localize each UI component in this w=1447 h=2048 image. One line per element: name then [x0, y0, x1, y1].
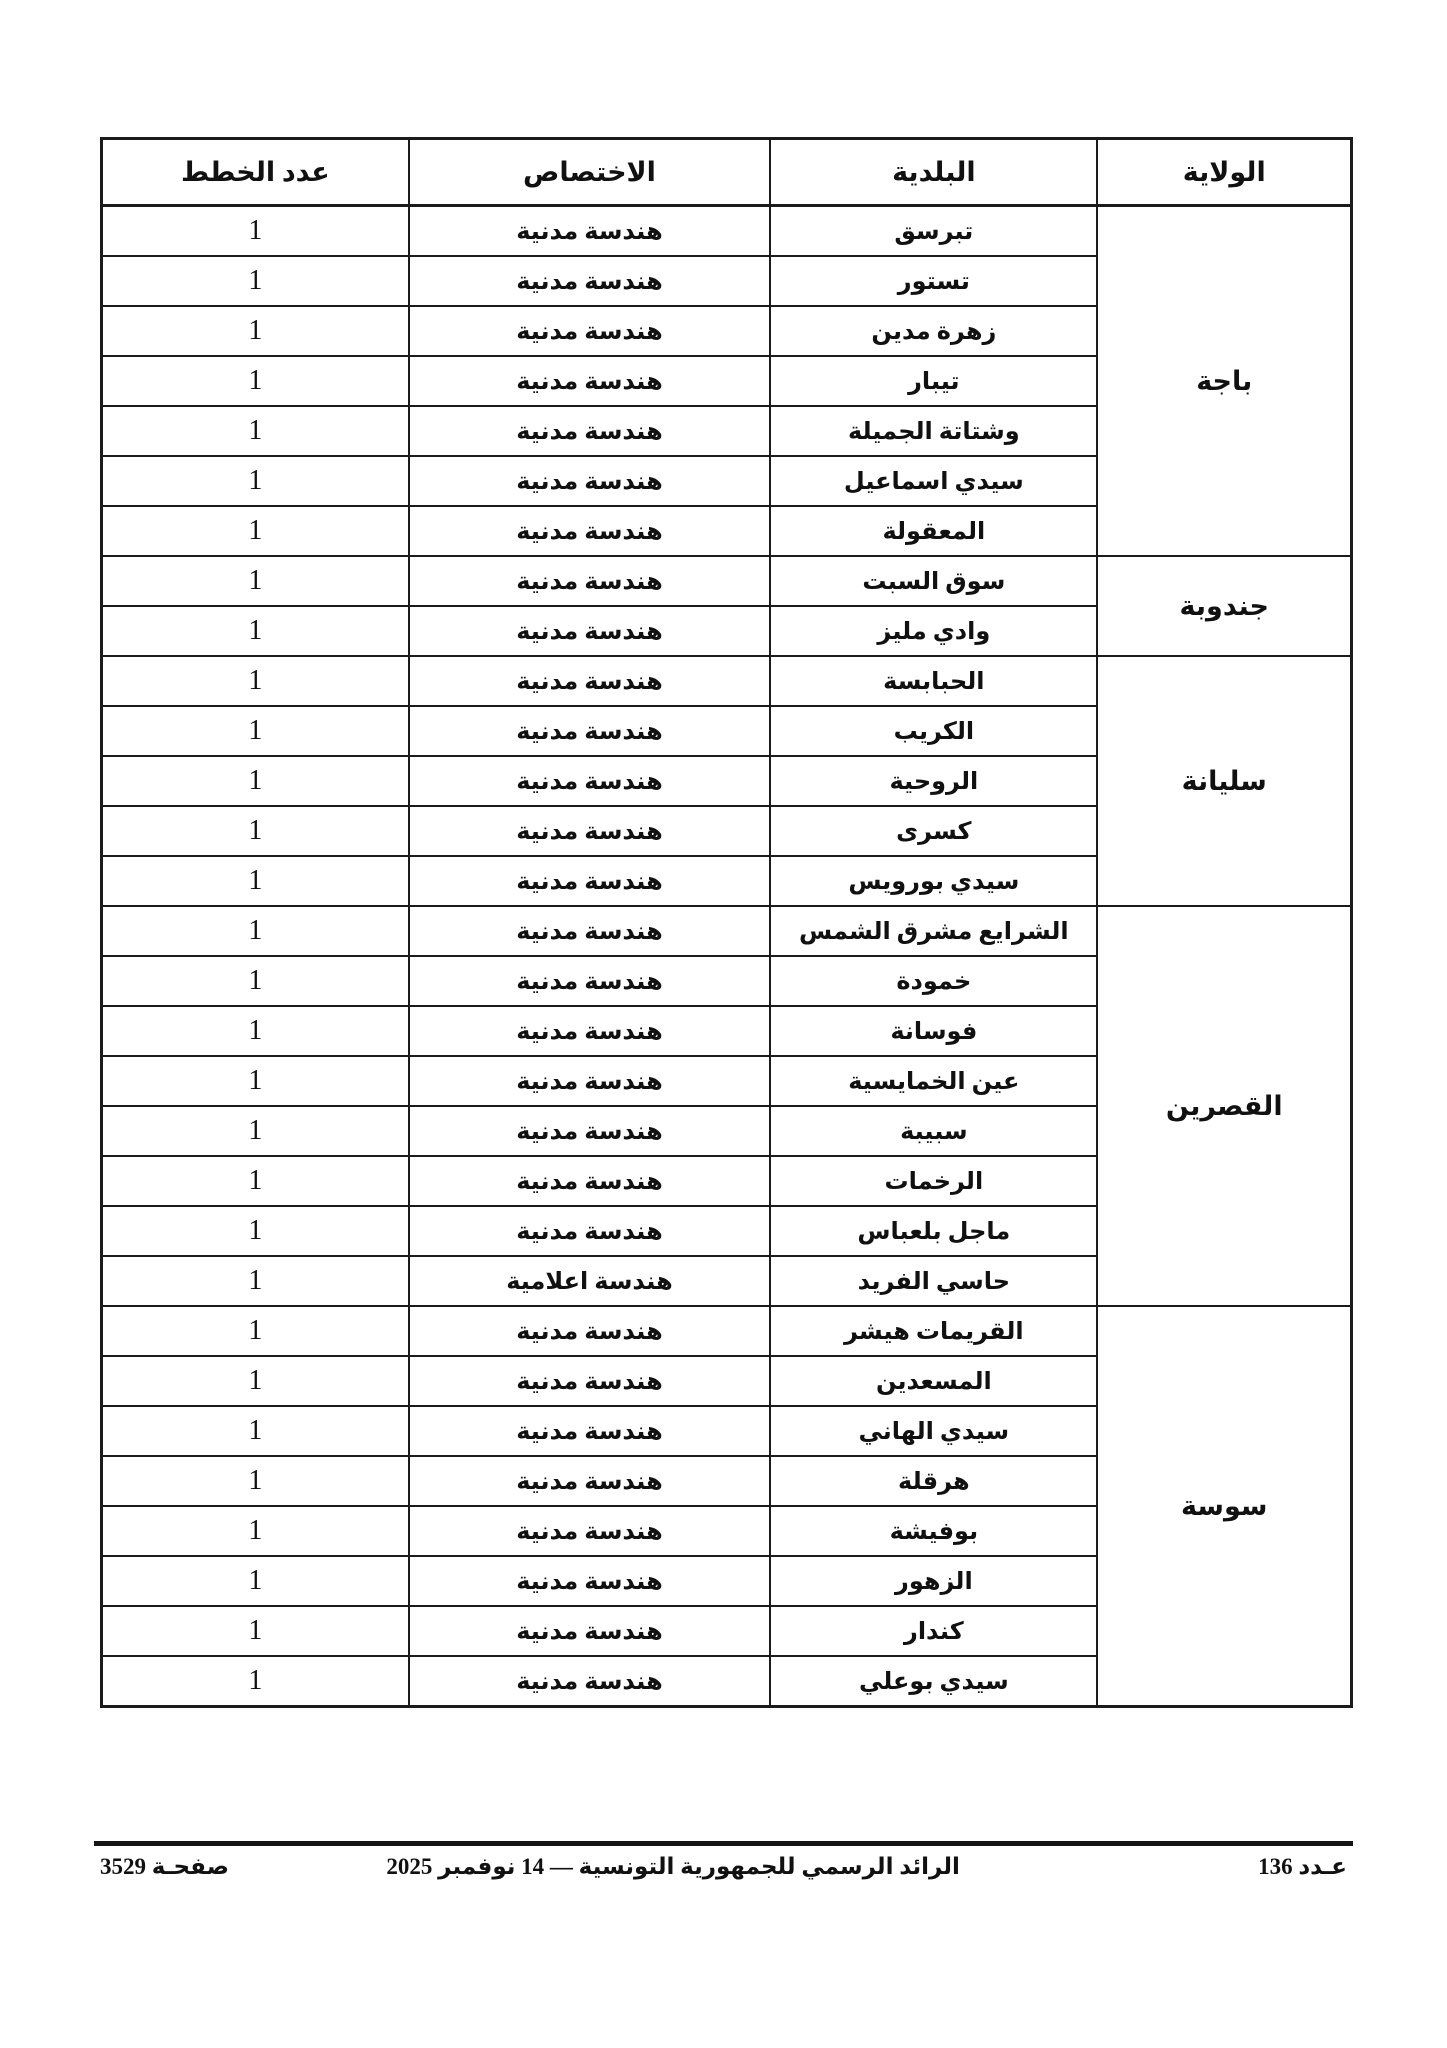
- municipality-cell: تبرسق: [770, 206, 1097, 257]
- positions-cell: 1: [102, 856, 409, 906]
- positions-cell: 1: [102, 1056, 409, 1106]
- positions-cell: 1: [102, 1656, 409, 1707]
- positions-cell: 1: [102, 806, 409, 856]
- table-row: سليانةالحبابسةهندسة مدنية1: [102, 656, 1352, 706]
- gazette-page: الولاية البلدية الاختصاص عدد الخطط باجةت…: [0, 0, 1447, 2048]
- positions-cell: 1: [102, 1206, 409, 1256]
- municipality-cell: كسرى: [770, 806, 1097, 856]
- municipality-cell: الروحية: [770, 756, 1097, 806]
- specialization-cell: هندسة مدنية: [409, 706, 770, 756]
- footer-rule: [94, 1841, 1353, 1846]
- page-footer: عـدد 136 الرائد الرسمي للجمهورية التونسي…: [94, 1850, 1353, 1892]
- municipality-cell: الرخمات: [770, 1156, 1097, 1206]
- municipality-cell: سيدي بورويس: [770, 856, 1097, 906]
- positions-cell: 1: [102, 456, 409, 506]
- positions-cell: 1: [102, 1456, 409, 1506]
- municipality-cell: سيدي اسماعيل: [770, 456, 1097, 506]
- specialization-cell: هندسة مدنية: [409, 806, 770, 856]
- positions-cell: 1: [102, 1606, 409, 1656]
- specialization-cell: هندسة مدنية: [409, 906, 770, 956]
- positions-cell: 1: [102, 906, 409, 956]
- positions-cell: 1: [102, 1506, 409, 1556]
- municipality-cell: سوق السبت: [770, 556, 1097, 606]
- positions-cell: 1: [102, 756, 409, 806]
- header-specialization: الاختصاص: [409, 139, 770, 206]
- positions-cell: 1: [102, 956, 409, 1006]
- positions-cell: 1: [102, 1306, 409, 1356]
- municipality-cell: المسعدين: [770, 1356, 1097, 1406]
- positions-cell: 1: [102, 656, 409, 706]
- positions-cell: 1: [102, 606, 409, 656]
- specialization-cell: هندسة مدنية: [409, 1456, 770, 1506]
- municipality-cell: خمودة: [770, 956, 1097, 1006]
- municipality-cell: سبيبة: [770, 1106, 1097, 1156]
- municipality-cell: هرقلة: [770, 1456, 1097, 1506]
- specialization-cell: هندسة مدنية: [409, 1406, 770, 1456]
- footer-issue-number: عـدد 136: [1258, 1854, 1347, 1880]
- municipality-cell: حاسي الفريد: [770, 1256, 1097, 1306]
- header-governorate: الولاية: [1097, 139, 1351, 206]
- specialization-cell: هندسة مدنية: [409, 1056, 770, 1106]
- governorate-cell: سليانة: [1097, 656, 1351, 906]
- municipality-cell: وادي مليز: [770, 606, 1097, 656]
- specialization-cell: هندسة مدنية: [409, 856, 770, 906]
- positions-cell: 1: [102, 706, 409, 756]
- positions-cell: 1: [102, 1356, 409, 1406]
- municipality-cell: سيدي الهاني: [770, 1406, 1097, 1456]
- municipality-cell: فوسانة: [770, 1006, 1097, 1056]
- municipality-cell: ماجل بلعباس: [770, 1206, 1097, 1256]
- positions-cell: 1: [102, 556, 409, 606]
- municipality-cell: بوفيشة: [770, 1506, 1097, 1556]
- specialization-cell: هندسة مدنية: [409, 456, 770, 506]
- specialization-cell: هندسة مدنية: [409, 1556, 770, 1606]
- municipality-cell: الكريب: [770, 706, 1097, 756]
- positions-cell: 1: [102, 506, 409, 556]
- positions-cell: 1: [102, 256, 409, 306]
- header-positions: عدد الخطط: [102, 139, 409, 206]
- specialization-cell: هندسة مدنية: [409, 1506, 770, 1556]
- positions-cell: 1: [102, 356, 409, 406]
- governorate-cell: باجة: [1097, 206, 1351, 557]
- specialization-cell: هندسة مدنية: [409, 256, 770, 306]
- footer-page-number: صفحـة 3529: [100, 1854, 229, 1880]
- municipality-cell: تيبار: [770, 356, 1097, 406]
- specialization-cell: هندسة مدنية: [409, 406, 770, 456]
- municipality-cell: كندار: [770, 1606, 1097, 1656]
- table-header-row: الولاية البلدية الاختصاص عدد الخطط: [102, 139, 1352, 206]
- positions-cell: 1: [102, 206, 409, 257]
- municipality-cell: وشتاتة الجميلة: [770, 406, 1097, 456]
- specialization-cell: هندسة مدنية: [409, 756, 770, 806]
- table-row: القصرينالشرايع مشرق الشمسهندسة مدنية1: [102, 906, 1352, 956]
- governorate-cell: جندوبة: [1097, 556, 1351, 656]
- positions-cell: 1: [102, 1156, 409, 1206]
- governorate-cell: سوسة: [1097, 1306, 1351, 1707]
- municipality-cell: تستور: [770, 256, 1097, 306]
- positions-cell: 1: [102, 1106, 409, 1156]
- table-row: باجةتبرسقهندسة مدنية1: [102, 206, 1352, 257]
- municipality-cell: سيدي بوعلي: [770, 1656, 1097, 1707]
- municipality-cell: الحبابسة: [770, 656, 1097, 706]
- specialization-cell: هندسة مدنية: [409, 1606, 770, 1656]
- positions-cell: 1: [102, 1256, 409, 1306]
- specialization-cell: هندسة مدنية: [409, 306, 770, 356]
- specialization-cell: هندسة مدنية: [409, 1106, 770, 1156]
- positions-cell: 1: [102, 1406, 409, 1456]
- footer-journal-title: الرائد الرسمي للجمهورية التونسية — 14 نو…: [386, 1854, 959, 1880]
- specialization-cell: هندسة مدنية: [409, 1206, 770, 1256]
- municipality-cell: زهرة مدين: [770, 306, 1097, 356]
- specialization-cell: هندسة مدنية: [409, 1656, 770, 1707]
- positions-cell: 1: [102, 1006, 409, 1056]
- table-row: جندوبةسوق السبتهندسة مدنية1: [102, 556, 1352, 606]
- specialization-cell: هندسة مدنية: [409, 206, 770, 257]
- municipality-cell: الزهور: [770, 1556, 1097, 1606]
- governorate-cell: القصرين: [1097, 906, 1351, 1306]
- specialization-cell: هندسة مدنية: [409, 1156, 770, 1206]
- municipality-cell: القريمات هيشر: [770, 1306, 1097, 1356]
- municipality-cell: عين الخمايسية: [770, 1056, 1097, 1106]
- municipality-cell: الشرايع مشرق الشمس: [770, 906, 1097, 956]
- specialization-cell: هندسة مدنية: [409, 606, 770, 656]
- vacancy-table: الولاية البلدية الاختصاص عدد الخطط باجةت…: [100, 137, 1353, 1708]
- specialization-cell: هندسة اعلامية: [409, 1256, 770, 1306]
- municipality-cell: المعقولة: [770, 506, 1097, 556]
- positions-cell: 1: [102, 406, 409, 456]
- specialization-cell: هندسة مدنية: [409, 356, 770, 406]
- specialization-cell: هندسة مدنية: [409, 506, 770, 556]
- positions-cell: 1: [102, 1556, 409, 1606]
- specialization-cell: هندسة مدنية: [409, 1306, 770, 1356]
- specialization-cell: هندسة مدنية: [409, 956, 770, 1006]
- specialization-cell: هندسة مدنية: [409, 656, 770, 706]
- specialization-cell: هندسة مدنية: [409, 1356, 770, 1406]
- specialization-cell: هندسة مدنية: [409, 556, 770, 606]
- positions-cell: 1: [102, 306, 409, 356]
- table-row: سوسةالقريمات هيشرهندسة مدنية1: [102, 1306, 1352, 1356]
- header-municipality: البلدية: [770, 139, 1097, 206]
- specialization-cell: هندسة مدنية: [409, 1006, 770, 1056]
